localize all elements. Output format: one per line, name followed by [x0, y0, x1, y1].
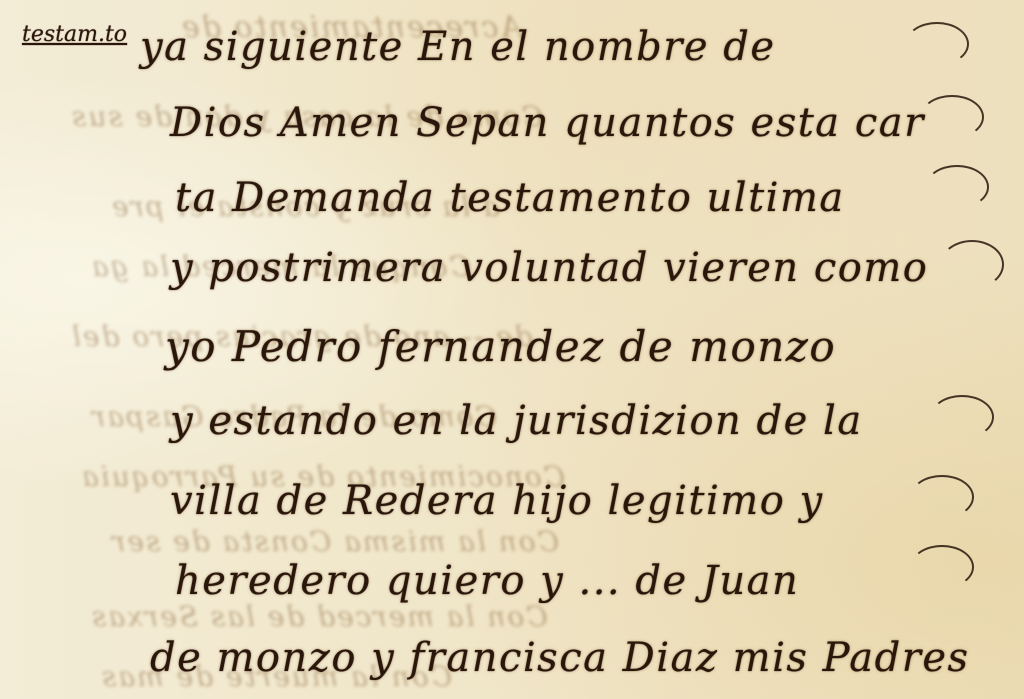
pen-flourish [910, 475, 974, 519]
manuscript-line-9: de monzo y francisca Diaz mis Padres [150, 635, 970, 681]
pen-flourish [920, 95, 984, 139]
manuscript-line-7: villa de Redera hijo legitimo y [170, 478, 824, 524]
manuscript-line-2: Dios Amen Sepan quantos esta car [170, 100, 925, 146]
bleed-through-text: Con la merced de las Serxas [90, 600, 548, 633]
pen-flourish [940, 240, 1004, 289]
manuscript-line-3: ta Demanda testamento ultima [175, 175, 845, 221]
manuscript-line-5: yo Pedro fernandez de monzo [165, 322, 836, 371]
pen-flourish [925, 165, 989, 209]
margin-note: testam.to [22, 22, 127, 47]
bleed-through-text: Con la misma Consta de ser [110, 525, 559, 558]
pen-flourish [910, 545, 974, 589]
pen-flourish [930, 395, 994, 439]
manuscript-line-1: ya siguiente En el nombre de [140, 24, 776, 70]
manuscript-line-8: heredero quiero y ... de Juan [175, 558, 799, 604]
manuscript-page: Acrecentamiento de Como de la casa y don… [0, 0, 1024, 699]
manuscript-line-6: y estando en la jurisdizion de la [170, 398, 863, 444]
manuscript-line-4: y postrimera voluntad vieren como [170, 245, 928, 291]
pen-flourish [905, 22, 969, 66]
